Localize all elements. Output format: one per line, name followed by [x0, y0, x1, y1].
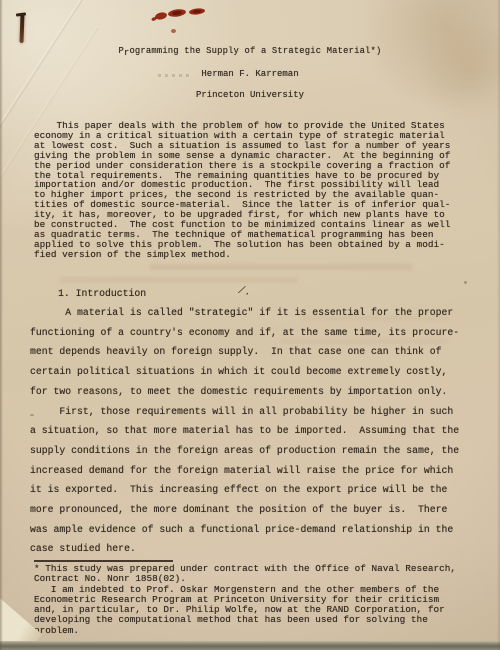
paper-speck — [464, 281, 467, 284]
text-line: certain political situations in which it… — [30, 362, 459, 382]
text-line: functioning of a country's economy and i… — [30, 323, 459, 343]
title-dropped-letter: r — [124, 48, 129, 58]
red-ink-dot — [171, 29, 176, 33]
handwritten-mark: /. — [237, 285, 252, 299]
title-rest: ogramming the Supply of a Strategic Mate… — [129, 46, 381, 56]
scanned-page: Programming the Supply of a Strategic Ma… — [0, 0, 500, 650]
text-line: it is exported. This increasing effect o… — [30, 480, 459, 500]
staple-icon — [19, 14, 24, 43]
author-name: Herman F. Karreman — [0, 69, 500, 79]
text-line: First, those requirements will in all pr… — [30, 402, 459, 422]
page-bottom-edge — [0, 641, 500, 650]
footnote: * This study was prepared under contract… — [34, 564, 456, 636]
text-line: A material is called "strategic" if it i… — [30, 303, 459, 323]
text-line: for two reasons, to meet the domestic re… — [30, 382, 459, 402]
page-left-edge — [0, 0, 3, 650]
bleed-through-text — [150, 264, 412, 270]
staple-icon — [16, 12, 26, 16]
affiliation: Princeton University — [0, 90, 500, 100]
body-text: A material is called "strategic" if it i… — [30, 303, 459, 559]
abstract: This paper deals with the problem of how… — [34, 121, 450, 260]
text-line: a situation, so that more material has t… — [30, 421, 459, 441]
text-line: fied version of the simplex method. — [34, 250, 450, 260]
text-line: more pronounced, the more dominant the p… — [30, 500, 459, 520]
text-line: developing the computational method that… — [34, 615, 456, 625]
text-line: problem. — [34, 626, 456, 636]
text-line: supply conditions in the foreign areas o… — [30, 441, 459, 461]
red-ink-mark — [150, 4, 212, 26]
text-line: case studied here. — [30, 539, 459, 559]
bleed-through-text — [60, 277, 298, 283]
text-line: was ample evidence of such a functional … — [30, 520, 459, 540]
section-heading: 1. Introduction — [58, 288, 146, 299]
footnote-rule — [34, 560, 173, 562]
paper-title: Programming the Supply of a Strategic Ma… — [0, 46, 500, 56]
text-line: ment depends heavily on foreign supply. … — [30, 342, 459, 362]
text-line: increased demand for the foreign materia… — [30, 461, 459, 481]
